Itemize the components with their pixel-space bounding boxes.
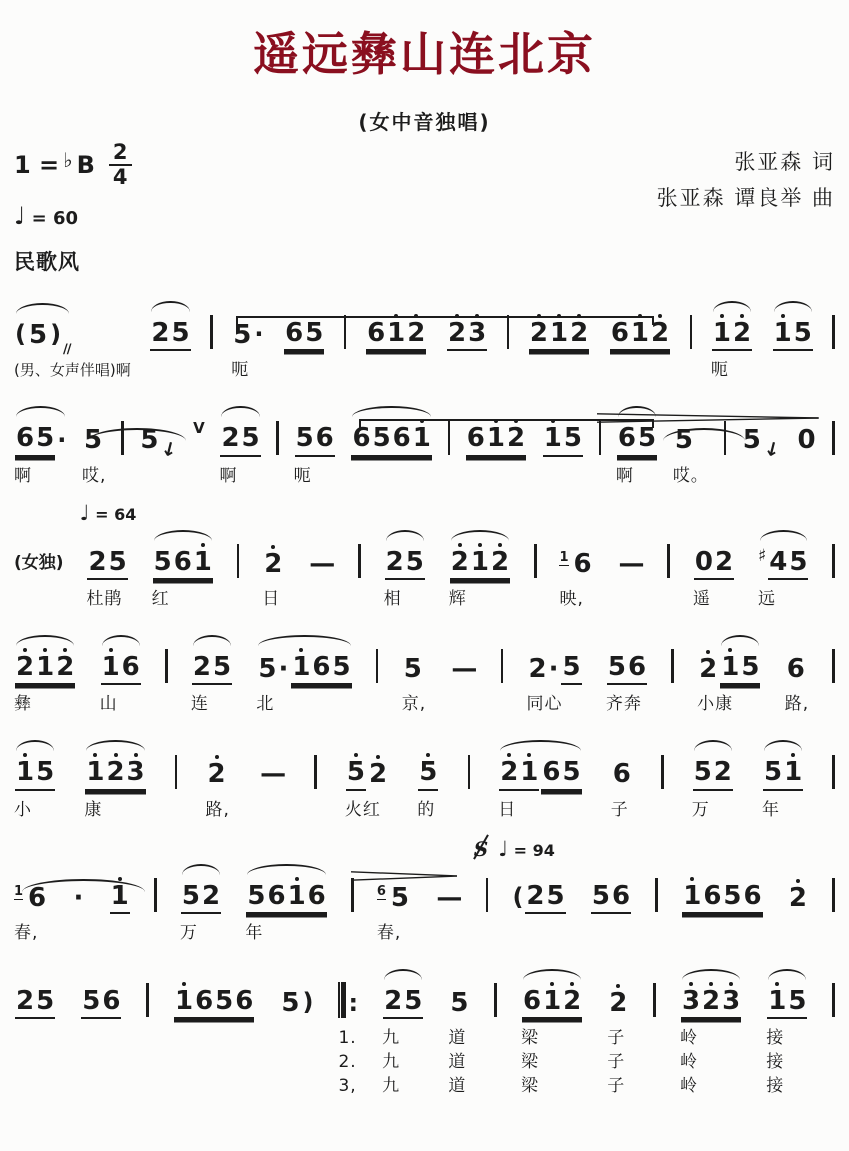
barline-cell [832,983,835,1098]
note-group: 65 [283,312,325,382]
lyric-syllable: 映, [559,587,583,611]
beam-group: · [72,877,84,914]
meter-denominator: 4 [113,166,128,188]
note-row: 15 [772,312,814,351]
lyric-syllable: 京, [402,692,426,716]
lyric: 辉 [449,587,467,611]
note-seg: 2 [368,753,388,790]
note-char: 0 [694,541,714,576]
digit: 1 [85,759,105,786]
note-group: 52万 [692,751,734,821]
note-row: 51 [762,751,804,790]
beam-group: 23 [447,312,487,351]
note-row: 612 [365,312,427,351]
digit: 2 [562,988,582,1015]
digit: 6 [173,549,193,576]
note-row: 2 [607,982,629,1019]
beam-group: 56 [607,646,647,685]
note-char: 2 [368,753,388,788]
digit: 2 [206,761,226,788]
lyric: 的 [417,798,435,822]
note-seg: 52 [181,875,221,914]
digit: 2 [525,883,545,910]
digit: 5 [390,885,410,912]
digit: 5 [295,425,315,452]
note-char: 2 [383,980,403,1015]
note-char: 5 [241,417,261,452]
barline-cell [832,649,835,716]
close-paren: ) [302,988,313,1019]
lyric-syllable: 辉 [449,587,467,611]
key-signature: 1 =♭B 2 4 [14,141,132,188]
lyric: 哎, [82,464,106,488]
note-char: 5 [246,875,266,910]
lyric-syllable: 3, [338,1074,356,1098]
note-char: 3 [721,980,741,1015]
beam-group: 15 [15,751,55,790]
sheet-music-page: 遥远彝山连北京 (女中音独唱) 1 =♭B 2 4 ♩ = 60 民歌风 张亚森… [0,0,849,1098]
digit: 5 [108,549,128,576]
note-char: 6 [307,875,327,910]
digit: 1 [101,654,121,681]
note-char: 2 [608,982,628,1017]
note-seg: 16 [101,646,141,685]
lyric-syllable: 连 [191,692,209,716]
song-title: 遥远彝山连北京 [14,18,835,84]
barline [210,315,213,349]
lyric-syllable: 路, [785,692,809,716]
time-signature: 2 4 [109,141,132,188]
note-seg: 21 [499,751,539,790]
note-char: 6 [101,980,121,1015]
note-char: 5 [232,314,252,349]
note-char: 2 [506,417,526,452]
note-row: — [258,753,286,790]
note-char: 2 [406,312,426,347]
barline [165,649,168,683]
note-char: 1 [767,980,787,1015]
note-seg: 15 [720,646,760,685]
note-row: 2 [262,543,284,580]
beam-group: 25 [383,980,423,1019]
note-char: 5 [740,646,760,681]
note-char: 2 [450,541,470,576]
lyric-syllable: 春, [14,921,38,945]
note-row: 25 [384,541,426,580]
lyric: 杜鹃 [86,587,122,611]
tempo-value: = 94 [508,841,555,860]
barline-cell [690,315,693,382]
note-char: 1 [549,312,569,347]
note-row: 5 [417,751,439,790]
note-row: 561 [152,541,214,580]
digit: 1 [35,654,55,681]
note-char: 2 [192,646,212,681]
beam-group: 5 [83,419,103,456]
note-char: 5 [139,419,159,454]
lyric: 啊 [616,464,634,488]
note-group: 212 [528,312,590,382]
lyric-syllable: 康 [84,798,102,822]
note-seg: 5 [83,419,103,456]
slur-arc [760,530,807,541]
lyric-syllable: 道 [448,1026,466,1050]
note-group: 6561 [350,417,432,487]
note-group: (25 [511,875,566,945]
beam-group: 612 [610,312,670,351]
note-group: 2165日 [498,751,582,821]
digit: 1 [470,549,490,576]
note-group: 16映, [559,543,593,611]
note-group: 2路, [205,753,229,821]
digit: 5 [257,656,277,683]
lyric: 小 [14,798,32,822]
note-seg: 2· [528,648,560,685]
note-char: 2 [263,543,283,578]
note-seg: 612 [610,312,670,351]
note-char: 2 [528,648,548,683]
note-char: 5 [390,877,410,912]
barline [832,315,835,349]
digit: 6 [366,320,386,347]
digit: 5 [742,427,762,454]
lyric: 彝 [14,692,32,716]
note-row: 65 [377,877,411,914]
digit: 5 [763,759,783,786]
note-row: 25 [86,541,128,580]
note-seg: 5616 [246,875,326,914]
digit: 2 [385,549,405,576]
note-char: 2 [206,753,226,788]
digit: 5 [35,988,55,1015]
note-char: 5 [787,980,807,1015]
note-row: ♯45 [758,541,809,580]
score: (5)∕∕(男、女声伴唱)啊255·呃656122321261212呃1565·… [14,290,835,1098]
note-char: 2 [105,751,125,786]
note-row: 5 [448,982,470,1019]
note-group: 5) [279,982,314,1098]
lyric-syllable: 梁 [521,1026,539,1050]
note-group: 25相 [384,541,426,611]
barline-cell [653,983,656,1098]
note-row: — [307,543,335,580]
note-row: 16 [14,877,48,914]
dot [796,879,800,883]
note-char: 2 [55,646,75,681]
lyric-syllable: 红 [152,587,170,611]
note-seg: 25 [87,541,127,580]
note-group: 123康 [84,751,146,821]
lyric: 九九九 [382,1026,400,1098]
beam-group: 25 [150,312,190,351]
barline-cell [175,755,178,822]
barline [832,878,835,912]
barline-cell [832,421,835,488]
flat-icon: ♭ [63,148,72,172]
note-row: — [617,543,645,580]
barline [832,421,835,455]
note-char: 6 [311,646,331,681]
music-line: (5)∕∕(男、女声伴唱)啊255·呃656122321261212呃15 [14,290,835,382]
slur-arc [16,635,74,646]
digit: 2 [15,988,35,1015]
style-marking: 民歌风 [14,246,132,276]
beam-group: 612 [466,417,526,456]
lyric-syllable: 北 [256,692,274,716]
note-char: 1 [101,646,121,681]
beam-group: 65 [617,417,657,456]
note-char: 1 [519,751,539,786]
note-group: 6子 [611,753,633,821]
beam-group: 52 [181,875,221,914]
beam-group: 6 [786,648,806,685]
lyric-syllable: 春, [377,921,401,945]
note-row: 15 [542,417,584,456]
lyric: 火红 [345,798,381,822]
note-seg: 1 [110,875,130,914]
note-char: · [277,648,289,683]
note-seg: 5 [674,419,694,456]
note-char: 5 [403,980,423,1015]
note-char: 1 [773,312,793,347]
grace-note: 1 [559,550,568,566]
slur-arc [102,635,140,646]
note-group: 5哎, [82,419,106,487]
note-char: 1 [720,646,740,681]
note-seg: 6 [573,543,593,580]
digit: 2 [701,988,721,1015]
beam-group: 212 [15,646,75,685]
lyric-syllable: 九 [382,1074,400,1098]
digit: 5 [139,427,159,454]
lyric-syllable: 道 [448,1050,466,1074]
quarter-note-icon: ♩ [498,837,508,861]
digit: 5 [232,322,252,349]
note-row: 1656 [681,875,763,914]
digit: 1 [783,759,803,786]
lyric-syllable: 年 [245,921,263,945]
note-row: 15 [766,980,808,1019]
note-char: 5 [793,312,813,347]
note-seg: — [259,753,285,790]
note-seg: 15 [15,751,55,790]
barline [358,544,361,578]
note-char: 1 [486,417,506,452]
note-seg: 65 [617,417,657,456]
note-char: 5 [403,648,423,683]
lyric-syllable: 路, [205,798,229,822]
beam-group: 12 [712,312,752,351]
note-seg: 1656 [174,980,254,1019]
note-group: 612梁梁梁 [521,980,583,1098]
note-char: · [72,877,84,912]
note-char: 5 [561,646,581,681]
note-row: 123 [84,751,146,790]
note-seg: 5 [346,751,366,790]
beam-group: — [308,543,334,580]
note-group: 5的 [417,751,439,821]
note-char: 1 [630,312,650,347]
lyric-syllable: 道 [448,1074,466,1098]
note-row: 323 [680,980,742,1019]
beam-group: 5 [390,877,410,914]
note-row: 2165 [498,751,582,790]
note-row: 23 [446,312,488,351]
digit: 6 [121,654,141,681]
lyric: 遥 [693,587,711,611]
note-seg: 45 [768,541,808,580]
digit: 1 [630,320,650,347]
note-seg: 1656 [682,875,762,914]
beam-group: 1656 [174,980,254,1019]
downward-glide-icon: ↓ [761,437,782,462]
note-row: 5 [402,648,424,685]
beam-group: 25 [87,541,127,580]
digit: 2 [528,656,548,683]
note-char: 5 [637,417,657,452]
beam-group: 65 [15,417,55,456]
lyric-syllable: 岭 [680,1026,698,1050]
digit: 5 [304,320,324,347]
breath-cell: V [193,439,205,488]
lyric-syllable: 接 [766,1074,784,1098]
note-row: 25 [382,980,424,1019]
lyric: 康 [84,798,102,822]
note-row: 2 [205,753,227,790]
note-char: 5 [35,751,55,786]
lyric: 道道道 [448,1026,466,1098]
note-char: 5 [742,419,762,454]
close-paren: · [254,320,263,351]
repeat-dots: : [348,991,358,1019]
lyric: 呃 [294,464,312,488]
music-line: ♩ = 64(女独)25杜鹃561红2日—25相212辉16映,—02遥♯45远 [14,501,835,611]
note-char: 6 [366,312,386,347]
beam-group: 1656 [682,875,762,914]
note-seg: 2 [263,543,283,580]
digit: — [618,551,644,578]
beam-group: 25 [385,541,425,580]
barline-cell [501,649,504,716]
note-char: 5 [153,541,173,576]
note-char: — [259,753,285,788]
lyric: 日 [262,587,280,611]
slur-arc [151,301,189,312]
note-row: 65 [616,417,658,456]
digit: 5 [153,549,173,576]
digit: · [548,656,560,683]
lyric: 梁梁梁 [521,1026,539,1098]
grace-note: 6 [377,884,386,900]
digit: 2 [499,759,519,786]
note-seg: 6 [612,753,632,790]
beam-group: 65 [284,312,324,351]
beam-group: — [618,543,644,580]
note-char: 6 [627,646,647,681]
lyric-syllable: 呃 [231,358,249,382]
digit: 2 [450,549,470,576]
digit: 5 [637,425,657,452]
segno-icon: S [474,837,488,861]
slur-arc [694,740,732,751]
note-char: 2 [15,646,35,681]
digit: 2 [406,320,426,347]
note-char: 6 [541,751,561,786]
note-seg: 212 [450,541,510,580]
barline-cell [832,544,835,611]
note-row: 56 [590,875,632,914]
digit: 6 [466,425,486,452]
digit: — [450,656,476,683]
digit: · [277,656,289,683]
note-char: 5 [563,417,583,452]
header-row: 1 =♭B 2 4 ♩ = 60 民歌风 张亚森 词 张亚森 谭良举 曲 [14,141,835,276]
note-char: 1 [291,646,311,681]
note-group: 25九九九 [382,980,424,1098]
beam-group: 2 [608,982,628,1019]
note-seg: 52 [693,751,733,790]
beam-group: 15 [543,417,583,456]
digit: 1 [486,425,506,452]
digit: 5 [740,654,760,681]
note-row: 65 [283,312,325,351]
note-row: 612 [521,980,583,1019]
beam-group: 56 [295,417,335,456]
barline-cell [671,649,674,716]
digit: 2 [87,549,107,576]
note-seg: — [435,877,461,914]
voice-label: (女独) [14,548,64,580]
note-seg: — [618,543,644,580]
note-char: 6 [173,541,193,576]
barline-cell [667,544,670,611]
note-char: 1 [174,980,194,1015]
note-seg: 25 [220,417,260,456]
lyric: 映, [559,587,583,611]
note-seg: 25 [383,980,423,1019]
measure-row: (女独)25杜鹃561红2日—25相212辉16映,—02遥♯45远 [14,541,835,611]
beam-group: 212 [450,541,510,580]
note-seg: 5 [449,982,469,1019]
note-group: 6路, [785,648,809,716]
digit: — [308,551,334,578]
barline [655,878,658,912]
digit: 1 [110,883,130,910]
note-row: 5↓ [138,419,178,456]
lyric-syllable: 相 [384,587,402,611]
note-char: 2 [698,648,718,683]
note-char: 6 [617,417,637,452]
note-group: 56呃 [294,417,336,487]
lyric: 子子子 [607,1026,625,1098]
note-seg: 02 [694,541,734,580]
note-group: · [71,877,85,945]
lyric-syllable: (男、女声伴唱)啊 [14,358,131,382]
beam-group: 5 [449,982,469,1019]
digit: 5 [170,320,190,347]
digit: 5 [28,322,48,349]
note-char: 5 [181,875,201,910]
barline-cell [146,983,149,1098]
note-group: 25啊 [219,417,261,487]
note-seg: 5 [28,314,48,351]
note-seg: 65 [541,751,581,790]
note-group: 2日 [262,543,284,611]
barline-cell [276,421,279,488]
note-row: 6 [785,648,807,685]
note-char: 2 [490,541,510,576]
digit: 1 [412,425,432,452]
